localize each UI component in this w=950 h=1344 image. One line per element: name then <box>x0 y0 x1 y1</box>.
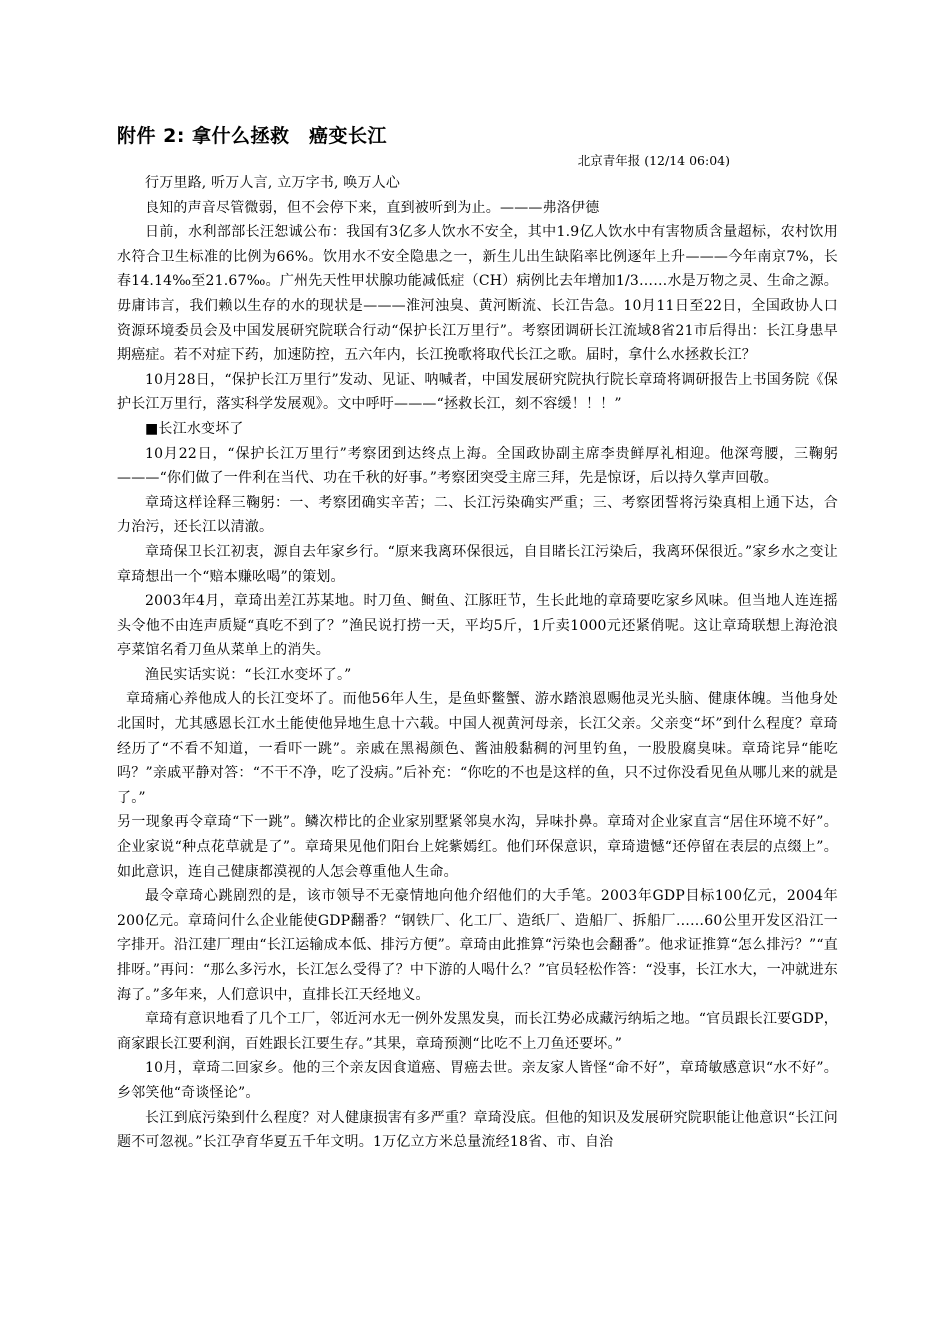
paragraph: 另一现象再令章琦“下一跳”。鳞次栉比的企业家别墅紧邻臭水沟，异味扑鼻。章琦对企业… <box>117 810 838 884</box>
paragraph: 最令章琦心跳剧烈的是，该市领导不无豪情地向他介绍他们的大手笔。2003年GDP目… <box>117 884 838 1007</box>
paragraph: 渔民实话实说：“长江水变坏了。” <box>117 663 838 688</box>
paragraph: 10月28日，“保护长江万里行”发动、见证、呐喊者，中国发展研究院执行院长章琦将… <box>117 368 838 417</box>
source-byline: 北京青年报 (12/14 06:04) <box>117 151 838 171</box>
section-heading: ■长江水变坏了 <box>117 417 838 442</box>
paragraph: 2003年4月，章琦出差江苏某地。时刀鱼、鲥鱼、江豚旺节，生长此地的章琦要吃家乡… <box>117 589 838 663</box>
epigraph-line: 行万里路, 听万人言, 立万字书, 唤万人心 <box>117 171 838 196</box>
paragraph: 章琦这样诠释三鞠躬：一、考察团确实辛苦；二、长江污染确实严重；三、考察团誓将污染… <box>117 491 838 540</box>
paragraph: 章琦保卫长江初衷，源自去年家乡行。“原来我离环保很远，自目睹长江污染后，我离环保… <box>117 540 838 589</box>
epigraph-quote: 良知的声音尽管微弱，但不会停下来，直到被听到为止。———弗洛伊德 <box>117 196 838 221</box>
paragraph: 章琦痛心养他成人的长江变坏了。而他56年人生，是鱼虾鳖蟹、游水踏浪恩赐他灵光头脑… <box>117 687 838 810</box>
paragraph: 章琦有意识地看了几个工厂，邻近河水无一例外发黑发臭，而长江势必成藏污纳垢之地。“… <box>117 1007 838 1056</box>
document-page: 附件 2: 拿什么拯救 癌变长江 北京青年报 (12/14 06:04) 行万里… <box>117 121 838 1155</box>
paragraph: 日前，水利部部长汪恕诚公布：我国有3亿多人饮水不安全，其中1.9亿人饮水中有害物… <box>117 220 838 368</box>
document-title: 附件 2: 拿什么拯救 癌变长江 <box>117 121 838 151</box>
article-body: 行万里路, 听万人言, 立万字书, 唤万人心 良知的声音尽管微弱，但不会停下来，… <box>117 171 838 1155</box>
paragraph: 10月，章琦二回家乡。他的三个亲友因食道癌、胃癌去世。亲友家人皆怪“命不好”，章… <box>117 1056 838 1105</box>
paragraph: 长江到底污染到什么程度？对人健康损害有多严重？章琦没底。但他的知识及发展研究院职… <box>117 1106 838 1155</box>
paragraph: 10月22日，“保护长江万里行”考察团到达终点上海。全国政协副主席李贵鲜厚礼相迎… <box>117 442 838 491</box>
